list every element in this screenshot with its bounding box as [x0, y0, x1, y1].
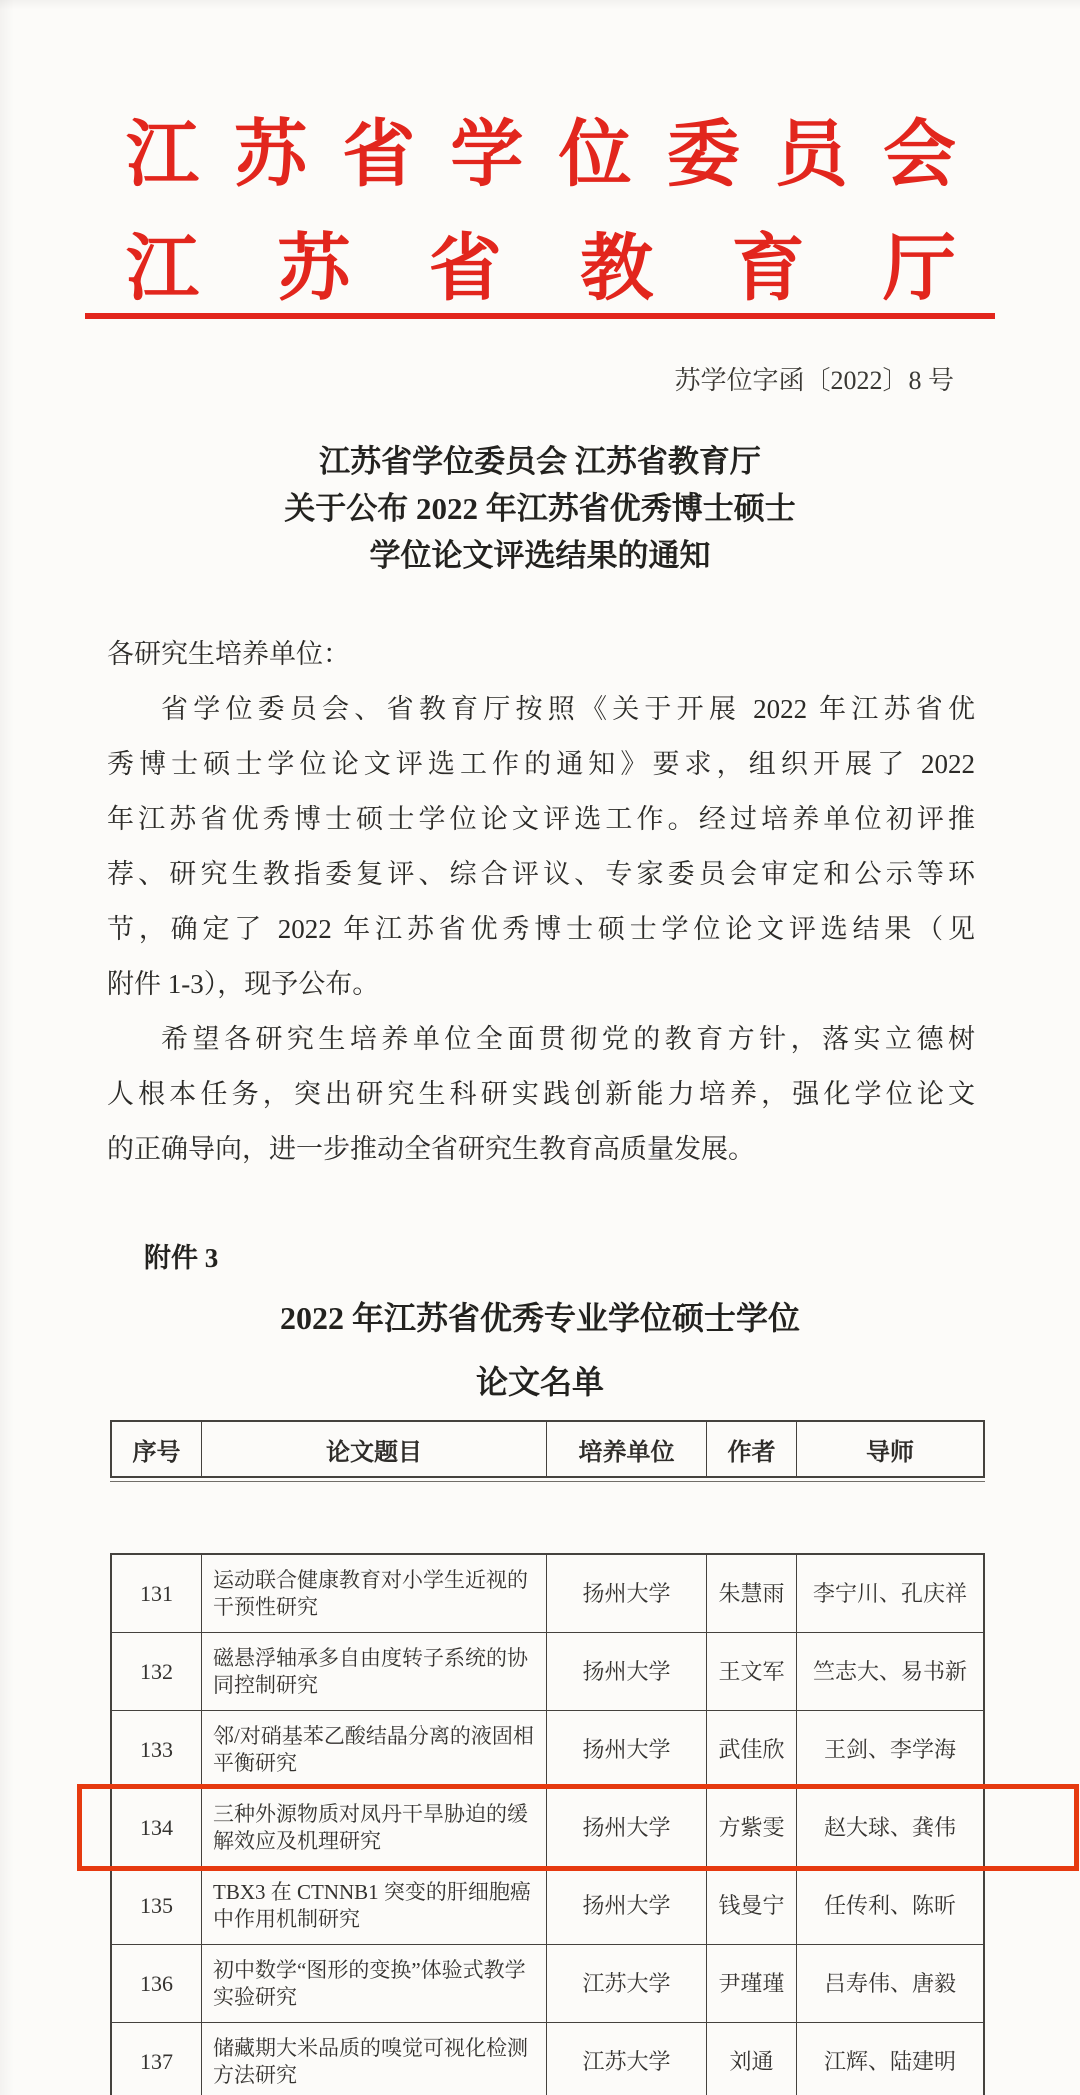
table-row: 132 磁悬浮轴承多自由度转子系统的协同控制研究 扬州大学 王文军 竺志大、易书…: [112, 1633, 983, 1711]
attachment-title: 2022 年江苏省优秀专业学位硕士学位 论文名单: [0, 1286, 1080, 1414]
thesis-title-cell: TBX3 在 CTNNB1 突变的肝细胞癌中作用机制研究: [202, 1867, 547, 1944]
table-row: 137 储藏期大米品质的嗅觉可视化检测方法研究 江苏大学 刘通 江辉、陆建明: [112, 2023, 983, 2095]
attachment-title-line: 2022 年江苏省优秀专业学位硕士学位: [0, 1286, 1080, 1350]
notice-body: 各研究生培养单位： 省学位委员会、省教育厅按照《关于开展 2022 年江苏省优 …: [107, 627, 975, 1177]
university-cell: 扬州大学: [547, 1555, 707, 1632]
row-number-cell: 134: [112, 1789, 202, 1866]
author-cell: 武佳欣: [707, 1711, 797, 1788]
row-number-cell: 137: [112, 2023, 202, 2095]
document-number: 苏学位字函〔2022〕8 号: [0, 360, 1080, 397]
body-line: 年江苏省优秀博士硕士学位论文评选工作。经过培养单位初评推: [107, 792, 975, 847]
advisors-cell: 王剑、李学海: [797, 1711, 983, 1788]
university-cell: 扬州大学: [547, 1633, 707, 1710]
row-number-cell: 136: [112, 1945, 202, 2022]
advisors-cell: 竺志大、易书新: [797, 1633, 983, 1710]
letterhead: 江苏省学位委员会 江苏省教育厅: [126, 98, 956, 326]
body-line: 各研究生培养单位：: [107, 627, 975, 682]
header-cell-university: 培养单位: [547, 1422, 707, 1476]
author-cell: 刘通: [707, 2023, 797, 2095]
body-line: 荐、研究生教指委复评、综合评议、专家委员会审定和公示等环: [107, 847, 975, 902]
university-cell: 扬州大学: [547, 1867, 707, 1944]
notice-title-line: 江苏省学位委员会 江苏省教育厅: [0, 438, 1080, 485]
notice-title-line: 学位论文评选结果的通知: [0, 532, 1080, 579]
thesis-title-cell: 运动联合健康教育对小学生近视的干预性研究: [202, 1555, 547, 1632]
row-number-cell: 132: [112, 1633, 202, 1710]
university-cell: 扬州大学: [547, 1711, 707, 1788]
row-number-cell: 133: [112, 1711, 202, 1788]
table-row: 131 运动联合健康教育对小学生近视的干预性研究 扬州大学 朱慧雨 李宁川、孔庆…: [112, 1555, 983, 1633]
table-row: 136 初中数学“图形的变换”体验式教学实验研究 江苏大学 尹瑾瑾 吕寿伟、唐毅: [112, 1945, 983, 2023]
body-line: 秀博士硕士学位论文评选工作的通知》要求，组织开展了 2022: [107, 737, 975, 792]
advisors-cell: 任传利、陈昕: [797, 1867, 983, 1944]
page-break-gap: [110, 1481, 985, 1553]
body-line: 希望各研究生培养单位全面贯彻党的教育方针，落实立德树: [107, 1012, 975, 1067]
thesis-table: 序号 论文题目 培养单位 作者 导师 131 运动联合健康教育对小学生近视的干预…: [110, 1420, 985, 2095]
author-cell: 钱曼宁: [707, 1867, 797, 1944]
author-cell: 朱慧雨: [707, 1555, 797, 1632]
table-row: 134 三种外源物质对凤丹干旱胁迫的缓解效应及机理研究 扬州大学 方紫雯 赵大球…: [112, 1789, 983, 1867]
issuing-org-name: 江苏省教育厅: [126, 212, 956, 326]
author-cell: 方紫雯: [707, 1789, 797, 1866]
body-line: 省学位委员会、省教育厅按照《关于开展 2022 年江苏省优: [107, 682, 975, 737]
advisors-cell: 赵大球、龚伟: [797, 1789, 983, 1866]
body-line: 人根本任务，突出研究生科研实践创新能力培养，强化学位论文: [107, 1067, 975, 1122]
notice-title-line: 关于公布 2022 年江苏省优秀博士硕士: [0, 485, 1080, 532]
table-body: 131 运动联合健康教育对小学生近视的干预性研究 扬州大学 朱慧雨 李宁川、孔庆…: [110, 1553, 985, 2095]
table-header-row: 序号 论文题目 培养单位 作者 导师: [110, 1420, 985, 1478]
advisors-cell: 江辉、陆建明: [797, 2023, 983, 2095]
university-cell: 扬州大学: [547, 1789, 707, 1866]
document-page: 江苏省学位委员会 江苏省教育厅 苏学位字函〔2022〕8 号 江苏省学位委员会 …: [0, 0, 1080, 2095]
issuing-org-name: 江苏省学位委员会: [126, 98, 956, 212]
table-row: 135 TBX3 在 CTNNB1 突变的肝细胞癌中作用机制研究 扬州大学 钱曼…: [112, 1867, 983, 1945]
header-cell-number: 序号: [112, 1422, 202, 1476]
body-line: 的正确导向，进一步推动全省研究生教育高质量发展。: [107, 1122, 975, 1177]
letterhead-divider: [85, 313, 995, 319]
table-row: 133 邻/对硝基苯乙酸结晶分离的液固相平衡研究 扬州大学 武佳欣 王剑、李学海: [112, 1711, 983, 1789]
row-number-cell: 135: [112, 1867, 202, 1944]
university-cell: 江苏大学: [547, 1945, 707, 2022]
thesis-title-cell: 邻/对硝基苯乙酸结晶分离的液固相平衡研究: [202, 1711, 547, 1788]
thesis-title-cell: 磁悬浮轴承多自由度转子系统的协同控制研究: [202, 1633, 547, 1710]
advisors-cell: 吕寿伟、唐毅: [797, 1945, 983, 2022]
body-line: 节，确定了 2022 年江苏省优秀博士硕士学位论文评选结果（见: [107, 902, 975, 957]
thesis-title-cell: 储藏期大米品质的嗅觉可视化检测方法研究: [202, 2023, 547, 2095]
advisors-cell: 李宁川、孔庆祥: [797, 1555, 983, 1632]
university-cell: 江苏大学: [547, 2023, 707, 2095]
author-cell: 王文军: [707, 1633, 797, 1710]
thesis-title-cell: 三种外源物质对凤丹干旱胁迫的缓解效应及机理研究: [202, 1789, 547, 1866]
row-number-cell: 131: [112, 1555, 202, 1632]
attachment-label: 附件 3: [144, 1236, 218, 1275]
header-cell-title: 论文题目: [202, 1422, 547, 1476]
notice-title: 江苏省学位委员会 江苏省教育厅 关于公布 2022 年江苏省优秀博士硕士 学位论…: [0, 438, 1080, 579]
body-line: 附件 1-3），现予公布。: [107, 957, 975, 1012]
attachment-title-line: 论文名单: [0, 1350, 1080, 1414]
thesis-title-cell: 初中数学“图形的变换”体验式教学实验研究: [202, 1945, 547, 2022]
author-cell: 尹瑾瑾: [707, 1945, 797, 2022]
header-cell-advisor: 导师: [797, 1422, 983, 1476]
header-cell-author: 作者: [707, 1422, 797, 1476]
